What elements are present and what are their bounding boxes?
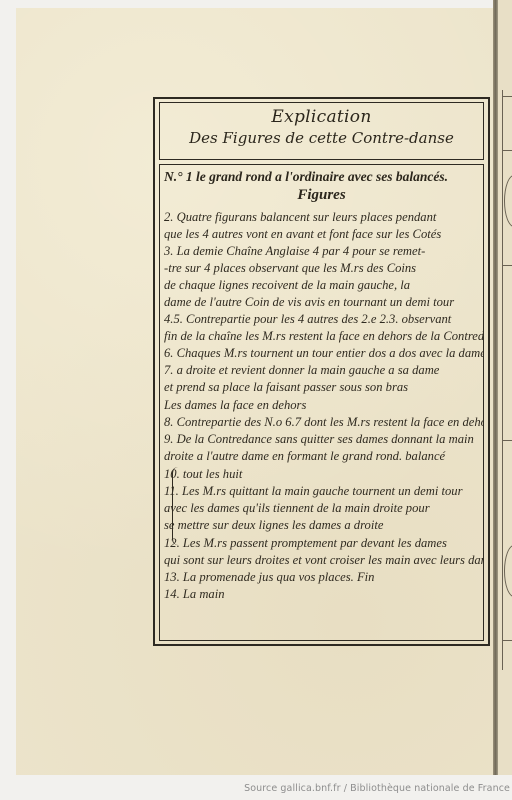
- instruction-line: 11. Les M.rs quittant la main gauche tou…: [164, 483, 483, 499]
- engraved-rule: [502, 265, 512, 266]
- instruction-line: 10. tout les huit: [164, 466, 483, 482]
- first-figure-heading: N.° 1 le grand rond a l'ordinaire avec s…: [164, 169, 481, 185]
- engraved-rule: [502, 96, 512, 97]
- instruction-line: 3. La demie Chaîne Anglaise 4 par 4 pour…: [164, 243, 483, 259]
- instruction-line: 7. a droite et revient donner la main ga…: [164, 362, 483, 378]
- instruction-line: 4.5. Contrepartie pour les 4 autres des …: [164, 311, 483, 327]
- dance-figure-diagram: [504, 175, 512, 227]
- instruction-line: droite a l'autre dame en formant le gran…: [164, 448, 483, 464]
- right-page-edge: [498, 0, 512, 775]
- figures-text-box: N.° 1 le grand rond a l'ordinaire avec s…: [159, 164, 484, 641]
- instruction-line: -tre sur 4 places observant que les M.rs…: [164, 260, 483, 276]
- document-title: Explication: [160, 107, 483, 127]
- instruction-line: et prend sa place la faisant passer sous…: [164, 379, 483, 395]
- source-credit: Source gallica.bnf.fr / Bibliothèque nat…: [244, 783, 510, 794]
- instruction-line: 6. Chaques M.rs tournent un tour entier …: [164, 345, 483, 361]
- engraved-rule: [502, 440, 512, 441]
- instruction-line: Les dames la face en dehors: [164, 397, 483, 413]
- figures-label: Figures: [160, 187, 483, 204]
- dance-figure-diagram: [504, 545, 512, 597]
- instruction-line: fin de la chaîne les M.rs restent la fac…: [164, 328, 483, 344]
- engraved-rule: [502, 90, 503, 670]
- engraved-rule: [502, 150, 512, 151]
- instruction-line: dame de l'autre Coin de vis avis en tour…: [164, 294, 483, 310]
- instruction-line: 14. La main: [164, 586, 483, 602]
- instruction-line: 12. Les M.rs passent promptement par dev…: [164, 535, 483, 551]
- instruction-line: se mettre sur deux lignes les dames a dr…: [164, 517, 483, 533]
- instruction-line: que les 4 autres vont en avant et font f…: [164, 226, 483, 242]
- title-cartouche: Explication Des Figures de cette Contre-…: [159, 102, 484, 160]
- engraved-frame: Explication Des Figures de cette Contre-…: [153, 97, 490, 646]
- instruction-line: 13. La promenade jus qua vos places. Fin: [164, 569, 483, 585]
- instruction-line: 9. De la Contredance sans quitter ses da…: [164, 431, 483, 447]
- document-subtitle: Des Figures de cette Contre-danse: [160, 129, 483, 147]
- instruction-line: 2. Quatre figurans balancent sur leurs p…: [164, 209, 483, 225]
- engraved-rule: [502, 640, 512, 641]
- instruction-line: qui sont sur leurs droites et vont crois…: [164, 552, 483, 568]
- instruction-line: 8. Contrepartie des N.o 6.7 dont les M.r…: [164, 414, 483, 430]
- instruction-line: avec les dames qu'ils tiennent de la mai…: [164, 500, 483, 516]
- instruction-line: de chaque lignes recoivent de la main ga…: [164, 277, 483, 293]
